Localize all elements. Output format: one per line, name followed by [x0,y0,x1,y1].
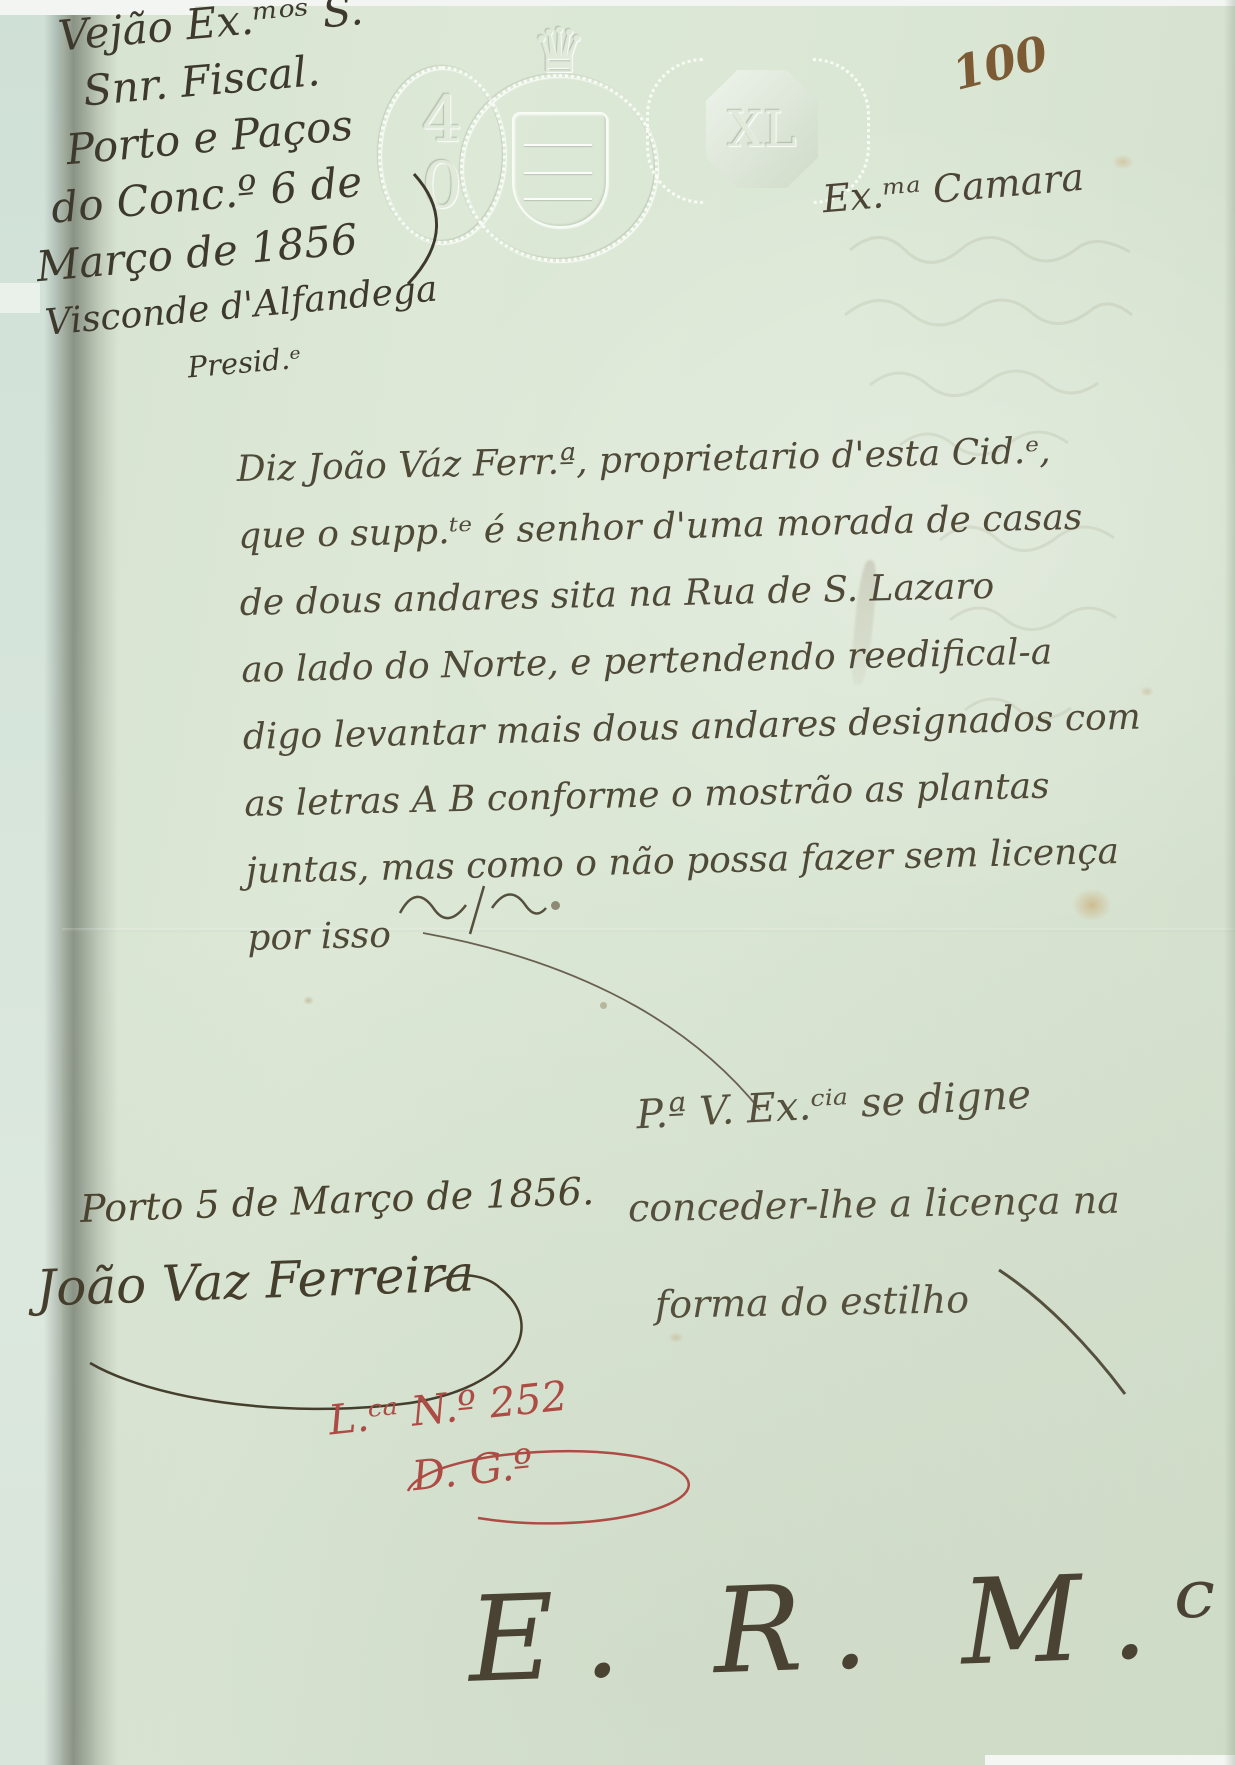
request-line-2: conceder-lhe a licença na [628,1178,1121,1231]
shield-bar [524,144,592,146]
crown-icon: ♛ [531,14,587,87]
shield-bar [524,198,592,200]
scan-edge [985,1755,1235,1765]
request-line-3: forma do estilho [655,1277,970,1326]
document-scan: 40 ♛ XL 100 Vejão Ex.ᵐᵒˢ S. Snr [0,0,1235,1765]
page-edge-shade [1224,0,1235,1765]
closing-formula: E. R. M.ᶜᵉ [466,1541,1235,1709]
shield-icon [512,112,608,228]
stamp-xl-value: XL [706,70,818,188]
laurel-left-icon [646,58,703,204]
embossed-coat-of-arms-stamp: ♛ [452,24,666,268]
marginal-despacho: Vejão Ex.ᵐᵒˢ S. Snr. Fiscal. Porto e Paç… [6,0,445,409]
petition-body: Diz João Váz Ferr.ª, proprietario d'esta… [236,416,1146,972]
shield-bar [524,172,592,174]
